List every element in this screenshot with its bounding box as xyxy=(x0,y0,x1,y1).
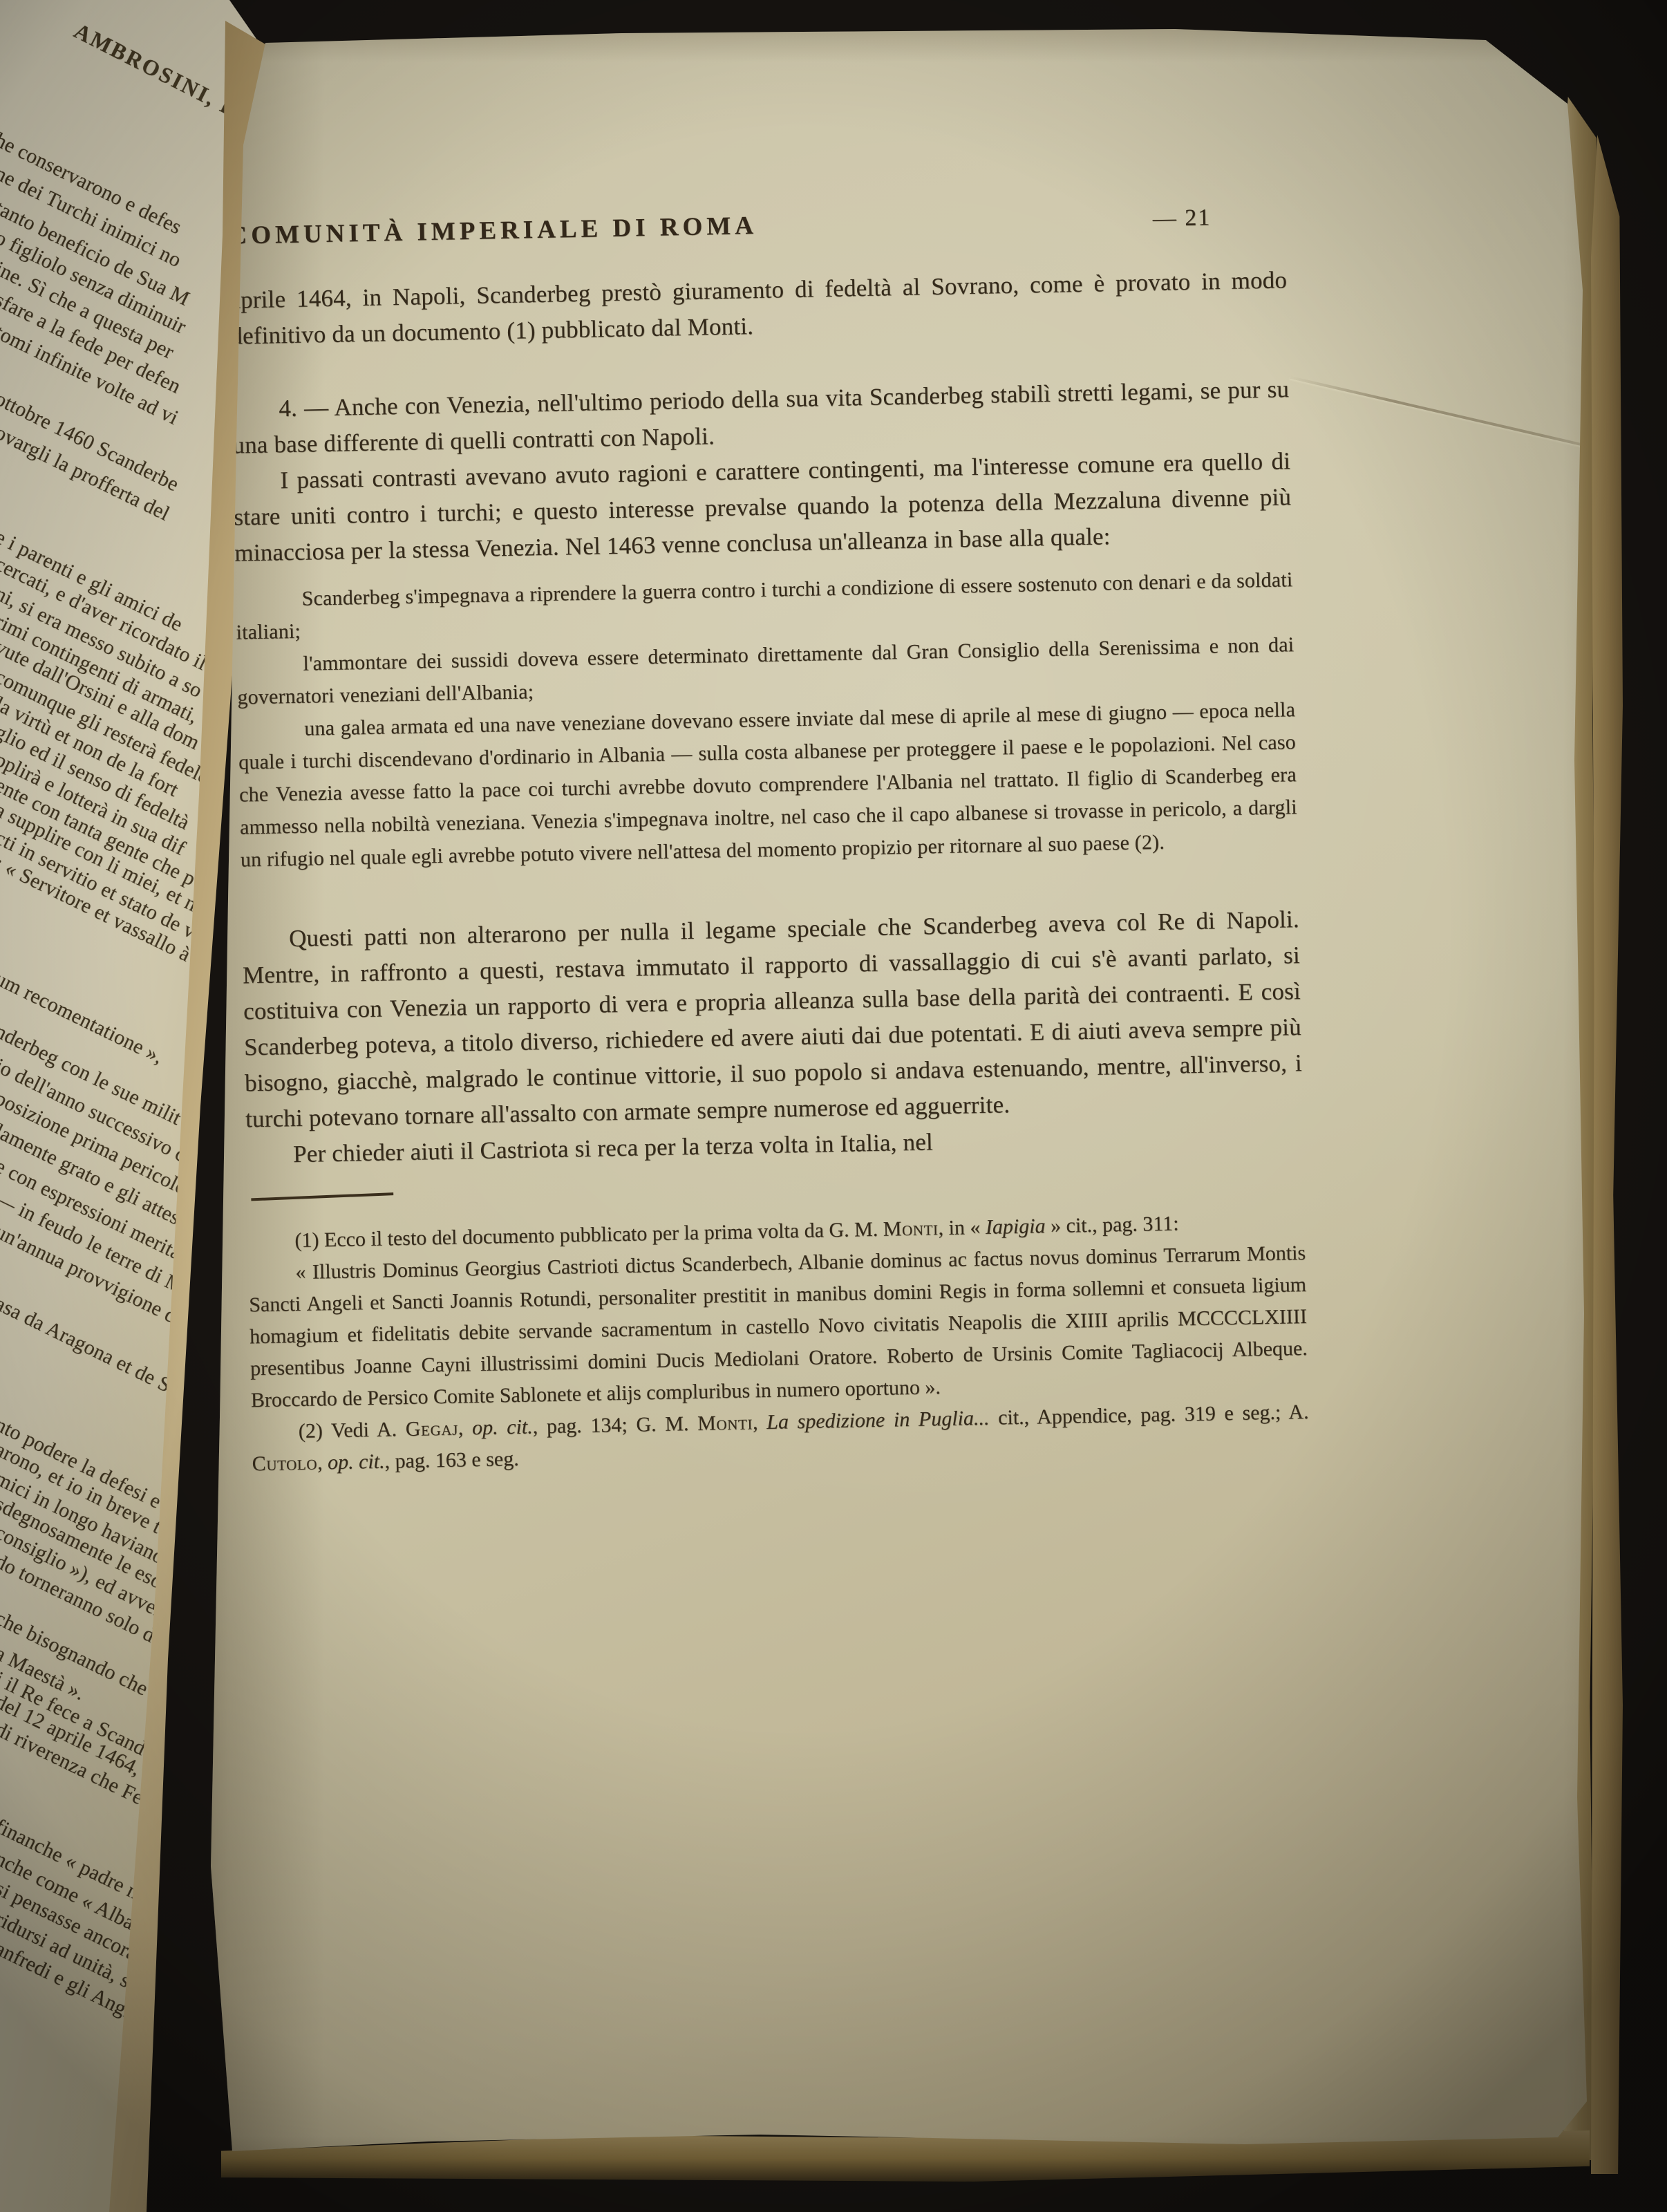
text-segment: , xyxy=(458,1416,473,1439)
treaty-term: una galea armata ed una nave veneziane d… xyxy=(238,693,1298,876)
treaty-terms-block: Scanderbeg s'impegnava a riprendere la g… xyxy=(235,563,1298,876)
footnote-1-quote: « Illustris Dominus Georgius Castrioti d… xyxy=(248,1237,1308,1416)
text-segment: , pag. 134; G. M. xyxy=(532,1412,697,1438)
paper-crease xyxy=(1290,376,1627,456)
text-segment: La spedizione in Puglia... xyxy=(766,1407,990,1434)
text-segment: Cutolo xyxy=(252,1451,317,1475)
book-photo: AMBROSINI, L he conservarono e defesne d… xyxy=(0,0,1667,2212)
fore-edge-pages xyxy=(1591,135,1623,2174)
paragraph-patti: Questi patti non alterarono per nulla il… xyxy=(242,901,1303,1137)
paragraph-contrasti: I passati contrasti avevano avuto ragion… xyxy=(233,443,1292,571)
footnote-separator xyxy=(251,1192,393,1201)
paragraph-continuation: aprile 1464, in Napoli, Scanderbeg prest… xyxy=(229,262,1288,354)
text-segment: , xyxy=(753,1411,767,1434)
text-segment: , pag. 163 e seg. xyxy=(384,1447,519,1473)
text-segment: cit., Appendice, pag. 319 e seg.; A. xyxy=(989,1400,1309,1430)
running-title: COMUNITÀ IMPERIALE DI ROMA xyxy=(228,211,757,251)
page-header: COMUNITÀ IMPERIALE DI ROMA — 21 xyxy=(228,200,1286,250)
text-segment: op. cit. xyxy=(472,1415,533,1439)
text-segment: (2) Vedi A. xyxy=(298,1418,406,1443)
text-segment: Gegaj xyxy=(406,1417,459,1441)
text-segment: Iapigia xyxy=(986,1215,1046,1239)
text-segment: Monti xyxy=(697,1411,753,1435)
text-segment: » cit., pag. 311: xyxy=(1045,1212,1179,1237)
text-segment: , xyxy=(317,1451,328,1474)
page-number: — 21 xyxy=(1152,205,1211,232)
left-page-running-title: AMBROSINI, L xyxy=(70,18,243,123)
text-segment: Monti xyxy=(883,1217,938,1241)
text-segment: op. cit. xyxy=(328,1450,385,1474)
left-page-line: anfredi e gli Angioini di M xyxy=(0,1937,207,2058)
text-segment: , in « xyxy=(938,1216,986,1239)
right-page: COMUNITÀ IMPERIALE DI ROMA — 21 aprile 1… xyxy=(0,0,1667,2212)
page-text-column: COMUNITÀ IMPERIALE DI ROMA — 21 aprile 1… xyxy=(228,200,1310,1480)
